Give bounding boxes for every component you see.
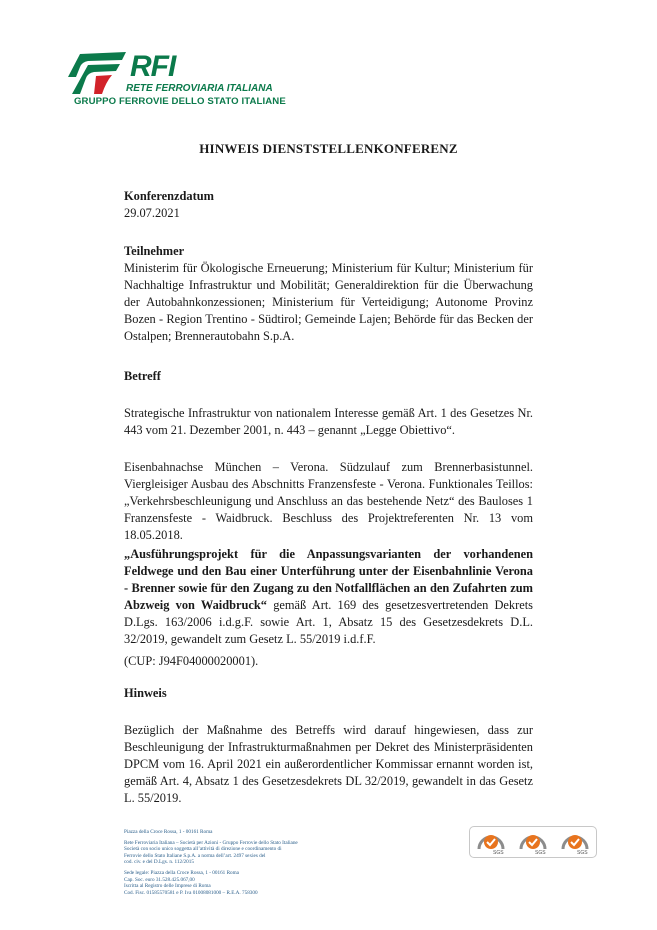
footer-legal-line: Cod. Fisc. 01585570581 e P. Iva 01008081… [124,890,424,897]
sgs-certification-icon: SGS [516,829,550,855]
sgs-certification-icon: SGS [558,829,592,855]
notice-text-block: Bezüglich der Maßnahme des Betreffs wird… [124,722,533,807]
logo-abbrev: RFI [130,52,175,82]
notice-text: Bezüglich der Maßnahme des Betreffs wird… [124,722,533,807]
footer-company-line: Società con socio unico soggetta all’att… [124,846,424,853]
footer-company-line: Rete Ferroviaria Italiana – Società per … [124,840,424,847]
conference-date-label: Konferenzdatum [124,188,533,205]
footer: Piazza della Croce Rossa, 1 - 00161 Roma… [124,829,424,896]
subject-paragraph-2: Eisenbahnachse München – Verona. Südzula… [124,459,533,544]
subject-paragraph-3: „Ausführungsprojekt für die Anpassungsva… [124,546,533,648]
cup-code-text: (CUP: J94F04000020001). [124,653,533,670]
cup-code: (CUP: J94F04000020001). [124,653,533,670]
participants-text: Ministerim für Ökologische Erneuerung; M… [124,260,533,345]
subject-section: Betreff [124,368,533,385]
conference-date-value: 29.07.2021 [124,205,533,222]
notice-label: Hinweis [124,685,533,702]
participants-label: Teilnehmer [124,243,533,260]
subject-paragraph-1: Strategische Infrastruktur von nationale… [124,405,533,439]
svg-text:SGS: SGS [493,850,504,855]
footer-legal-line: Cap. Soc. euro 31.528.425.067,00 [124,877,424,884]
svg-text:SGS: SGS [577,850,588,855]
conference-date-section: Konferenzdatum 29.07.2021 [124,188,533,222]
sgs-certification-badges: SGS SGS SGS [469,826,597,858]
svg-text:SGS: SGS [535,850,546,855]
rfi-logo: RFI RETE FERROVIARIA ITALIANA GRUPPO FER… [66,50,306,110]
logo-name: RETE FERROVIARIA ITALIANA [126,83,273,94]
subject-paragraph-2-text: Eisenbahnachse München – Verona. Südzula… [124,459,533,544]
notice-section: Hinweis [124,685,533,702]
footer-address: Piazza della Croce Rossa, 1 - 00161 Roma [124,829,424,836]
participants-section: Teilnehmer Ministerim für Ökologische Er… [124,243,533,345]
footer-company-line: cod. civ. e del D.Lgs. n. 112/2015 [124,859,424,866]
subject-label: Betreff [124,368,533,385]
sgs-certification-icon: SGS [474,829,508,855]
footer-company-line: Ferrovie dello Stato Italiane S.p.A. a n… [124,853,424,860]
footer-legal-line: Sede legale: Piazza della Croce Rossa, 1… [124,870,424,877]
logo-group: GRUPPO FERROVIE DELLO STATO ITALIANE [74,96,286,107]
document-title: HINWEIS DIENSTSTELLENKONFERENZ [0,141,657,157]
fs-logo-icon [66,50,128,96]
subject-paragraph-1-text: Strategische Infrastruktur von nationale… [124,405,533,439]
footer-legal-line: Iscritta al Registro delle Imprese di Ro… [124,883,424,890]
